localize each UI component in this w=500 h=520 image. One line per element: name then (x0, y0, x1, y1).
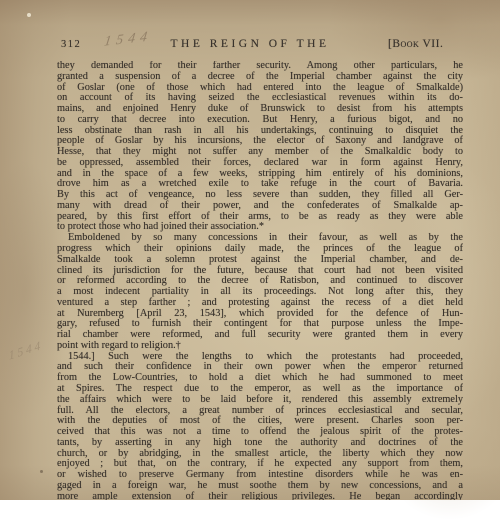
paper-speck (40, 470, 43, 473)
text-line: ventured a step farther ; and protesting… (57, 298, 463, 309)
text-line: to carry that decree into execution. But… (57, 115, 463, 126)
paper-speck (27, 13, 31, 17)
text-line: tants, by asserting in any high tone the… (57, 438, 463, 449)
text-line: the affairs which were to be laid before… (57, 395, 463, 406)
scanned-book-page: 312 1544 THE REIGN OF THE [Book VII. 154… (0, 0, 500, 500)
page-number: 312 (61, 39, 81, 50)
page-body-text: they demanded for their farther security… (57, 61, 463, 500)
text-line: gaged in a foreign war, he must soothe t… (57, 481, 463, 492)
book-number-label: [Book VII. (388, 38, 443, 50)
running-title: THE REIGN OF THE (115, 38, 385, 50)
text-line: granted a suspension of a decree of the … (57, 72, 463, 83)
handwritten-margin-annotation: 1544 (8, 337, 44, 363)
text-line: more ample extension of their religious … (57, 492, 463, 500)
text-line: Smalkalde took a solemn protest against … (57, 255, 463, 266)
